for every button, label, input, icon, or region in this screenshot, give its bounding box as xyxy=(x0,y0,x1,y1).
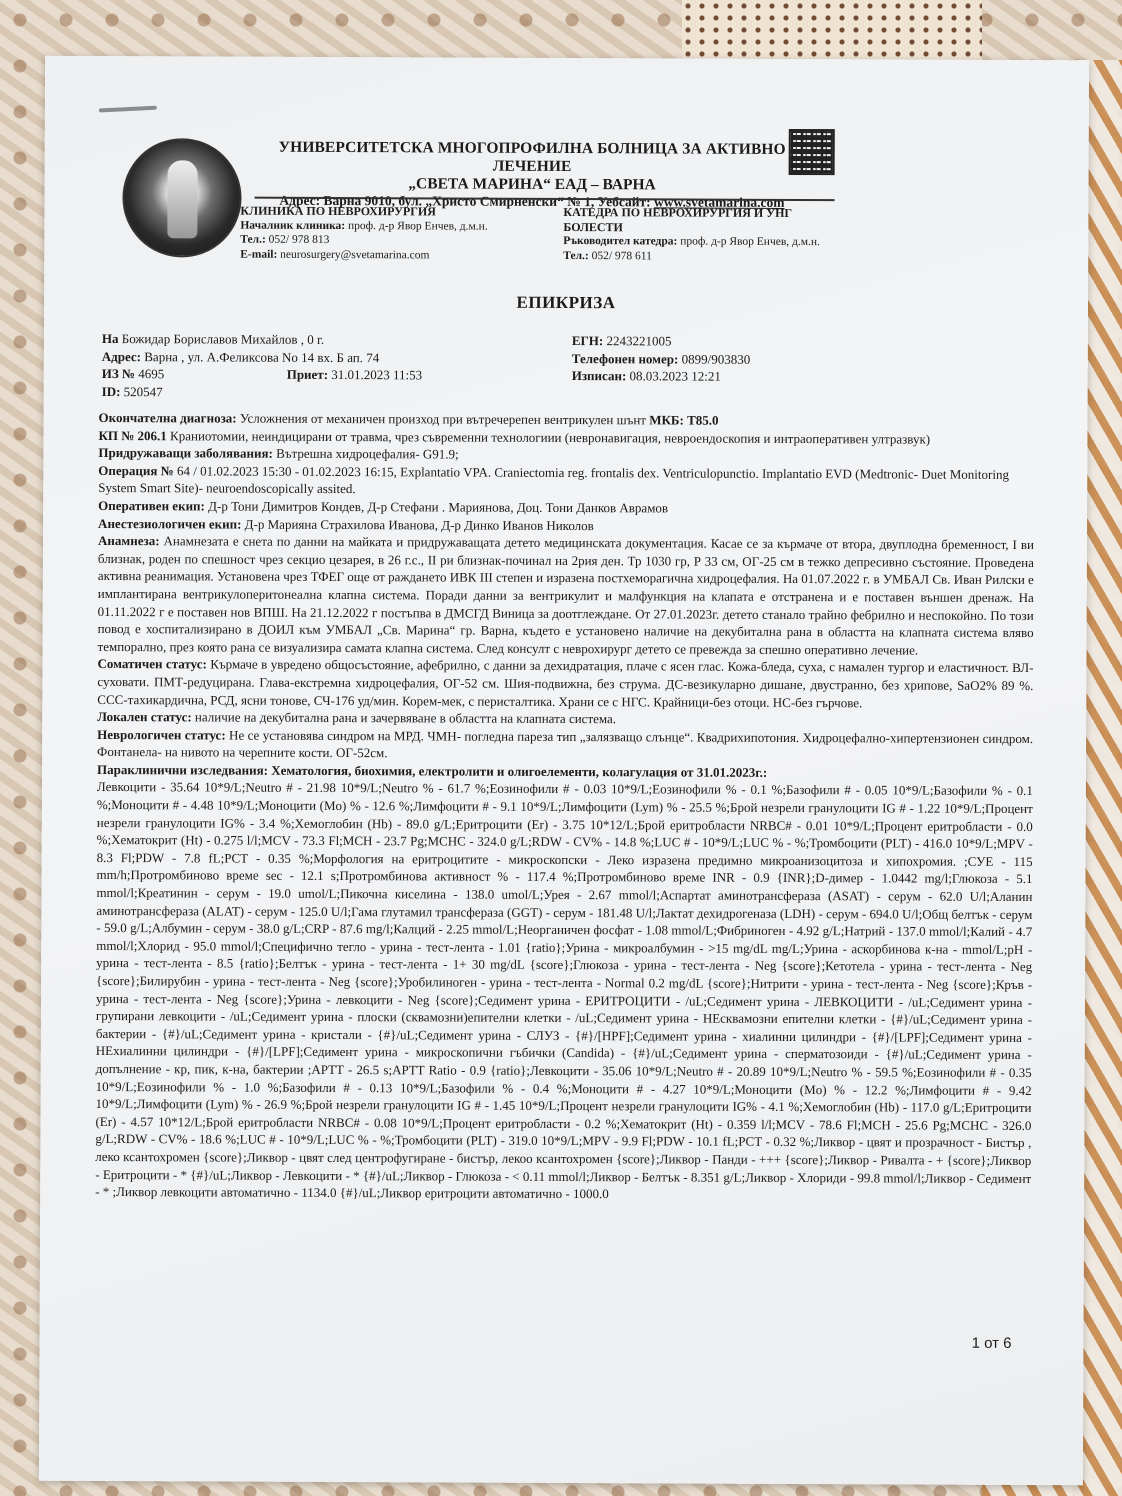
epicrisis-page: УНИВЕРСИТЕТСКА МНОГОПРОФИЛНА БОЛНИЦА ЗА … xyxy=(39,56,1089,1486)
patient-phone: Телефонен номер: 0899/903830 xyxy=(572,350,872,369)
final-diagnosis-value: Усложнения от механичен произход при вът… xyxy=(237,411,650,428)
clinic-title: КЛИНИКА ПО НЕВРОХИРУРГИЯ xyxy=(240,204,540,220)
clinic-head: Началник клиника: проф. д-р Явор Енчев, … xyxy=(240,218,540,234)
department-title-line2: БОЛЕСТИ xyxy=(563,219,863,235)
paraclinical-heading-value: Хематология, биохимия, електролити и оли… xyxy=(268,763,767,780)
patient-history-number: ИЗ № 4695 Приет: 31.01.2023 11:53 xyxy=(102,365,552,384)
neurological-status: Неврологичен статус: Не се установява си… xyxy=(97,726,1033,765)
department-head-label: Ръководител катедра: xyxy=(563,235,677,247)
local-value: наличие на декубитална рана и зачервяван… xyxy=(192,709,616,726)
clinic-email: E-mail: neurosurgery@svetamarina.com xyxy=(240,247,540,263)
document-title: ЕПИКРИЗА xyxy=(44,291,1088,316)
egn-label: ЕГН: xyxy=(572,333,603,348)
discharged-date: Изписан: 08.03.2023 12:21 xyxy=(572,367,872,386)
clinic-head-label: Началник клиника: xyxy=(240,219,345,231)
comorbid-label: Придружаващи заболявания: xyxy=(98,445,273,461)
patient-name-label: На xyxy=(102,331,119,346)
patient-id: ID: 520547 xyxy=(102,382,552,401)
operation-value: 64 / 01.02.2023 15:30 - 01.02.2023 16:15… xyxy=(98,463,1009,496)
patient-name-value: Божидар Бориславов Михайлов , 0 г. xyxy=(118,331,324,347)
anest-team-value: Д-р Марияна Страхилова Иванова, Д-р Динк… xyxy=(241,516,593,533)
neuro-value: Не се установява синдром на МРД. ЧМН- по… xyxy=(97,727,1033,760)
anamnesis-value: Анамнезата е снета по данни на майката и… xyxy=(98,533,1035,657)
iz-value: 4695 xyxy=(135,366,164,381)
hospital-seal-icon xyxy=(122,138,242,258)
clinic-info: КЛИНИКА ПО НЕВРОХИРУРГИЯ Началник клиник… xyxy=(240,204,540,263)
paraclinical-label: Параклинични изследвания: xyxy=(97,762,268,778)
department-phone: Тел.: 052/ 978 611 xyxy=(563,248,863,264)
discharged-value: 08.03.2023 12:21 xyxy=(626,368,721,383)
clinic-head-value: проф. д-р Явор Енчев, д.м.н. xyxy=(345,220,488,233)
saint-marina-figure-icon xyxy=(167,160,197,238)
staple-icon xyxy=(99,106,157,113)
patient-address-value: Варна , ул. А.Феликсова No 14 вх. Б ап. … xyxy=(141,349,379,365)
patient-name: На Божидар Бориславов Михайлов , 0 г. xyxy=(102,330,552,349)
admitted-value: 31.01.2023 11:53 xyxy=(328,367,422,382)
hospital-name-line1: УНИВЕРСИТЕТСКА МНОГОПРОФИЛНА БОЛНИЦА ЗА … xyxy=(255,139,810,177)
somatic-status: Соматичен статус: Кърмаче в увредено общ… xyxy=(97,655,1033,712)
lab-results: Левкоцити - 35.64 10*9/L;Neutro # - 21.9… xyxy=(95,778,1033,1204)
egn-value: 2243221005 xyxy=(603,333,671,348)
anamnesis: Анамнеза: Анамнезата е снета по данни на… xyxy=(97,532,1034,659)
department-info: КАТЕДРА ПО НЕВРОХИРУРГИЯ И УНГ БОЛЕСТИ Р… xyxy=(563,205,863,264)
department-phone-value: 052/ 978 611 xyxy=(589,250,652,262)
kp-label: КП № 206.1 xyxy=(98,428,166,443)
patient-address: Адрес: Варна , ул. А.Феликсова No 14 вх.… xyxy=(102,347,552,366)
kp-value: Краниотомии, неиндицирани от травма, чре… xyxy=(167,428,930,446)
final-diagnosis-label: Окончателна диагноза: xyxy=(99,410,237,426)
id-value: 520547 xyxy=(120,384,162,399)
page-number: 1 от 6 xyxy=(972,1335,1012,1352)
discharged-label: Изписан: xyxy=(572,368,627,383)
patient-info-right: ЕГН: 2243221005 Телефонен номер: 0899/90… xyxy=(572,332,872,386)
somatic-label: Соматичен статус: xyxy=(97,656,206,671)
department-head-value: проф. д-р Явор Енчев, д.м.н. xyxy=(677,235,820,248)
clinic-phone: Тел.: 052/ 978 813 xyxy=(240,233,540,249)
department-head: Ръководител катедра: проф. д-р Явор Енче… xyxy=(563,234,863,250)
mkb-code: МКБ: T85.0 xyxy=(649,412,718,427)
operation: Операция № 64 / 01.02.2023 15:30 - 01.02… xyxy=(98,462,1034,501)
qr-code-icon xyxy=(791,131,833,173)
clinic-email-value: neurosurgery@svetamarina.com xyxy=(277,248,429,261)
neuro-label: Неврологичен статус: xyxy=(97,727,226,743)
phone-value: 0899/903830 xyxy=(678,351,750,366)
admitted-label: Приет: xyxy=(287,367,328,382)
anamnesis-label: Анамнеза: xyxy=(98,533,160,548)
epicrisis-body: Окончателна диагноза: Усложнения от меха… xyxy=(95,409,1034,1205)
comorbid-value: Вътрешна хидроцефалия- G91.9; xyxy=(273,446,459,462)
phone-label: Телефонен номер: xyxy=(572,351,679,366)
operation-label: Операция № xyxy=(98,463,174,478)
somatic-value: Кърмаче в увредено общосъстояние, афебри… xyxy=(97,657,1033,710)
department-phone-label: Тел.: xyxy=(563,249,589,261)
clinic-phone-label: Тел.: xyxy=(240,234,266,246)
anest-team-label: Анестезиологичен екип: xyxy=(98,516,241,532)
hospital-name-line2: „СВЕТА МАРИНА“ ЕАД – ВАРНА xyxy=(255,175,810,195)
iz-label: ИЗ № xyxy=(102,366,135,381)
clinic-email-label: E-mail: xyxy=(240,248,277,260)
department-title-line1: КАТЕДРА ПО НЕВРОХИРУРГИЯ И УНГ xyxy=(563,205,863,221)
local-label: Локален статус: xyxy=(97,709,192,724)
clinic-phone-value: 052/ 978 813 xyxy=(266,234,330,246)
op-team-value: Д-р Тони Димитров Кондев, Д-р Стефани . … xyxy=(205,498,668,515)
op-team-label: Оперативен екип: xyxy=(98,498,205,513)
patient-egn: ЕГН: 2243221005 xyxy=(572,332,872,351)
patient-address-label: Адрес: xyxy=(102,348,141,363)
patient-info-left: На Божидар Бориславов Михайлов , 0 г. Ад… xyxy=(102,330,552,402)
admitted-date: Приет: 31.01.2023 11:53 xyxy=(287,366,423,384)
id-label: ID: xyxy=(102,383,121,398)
